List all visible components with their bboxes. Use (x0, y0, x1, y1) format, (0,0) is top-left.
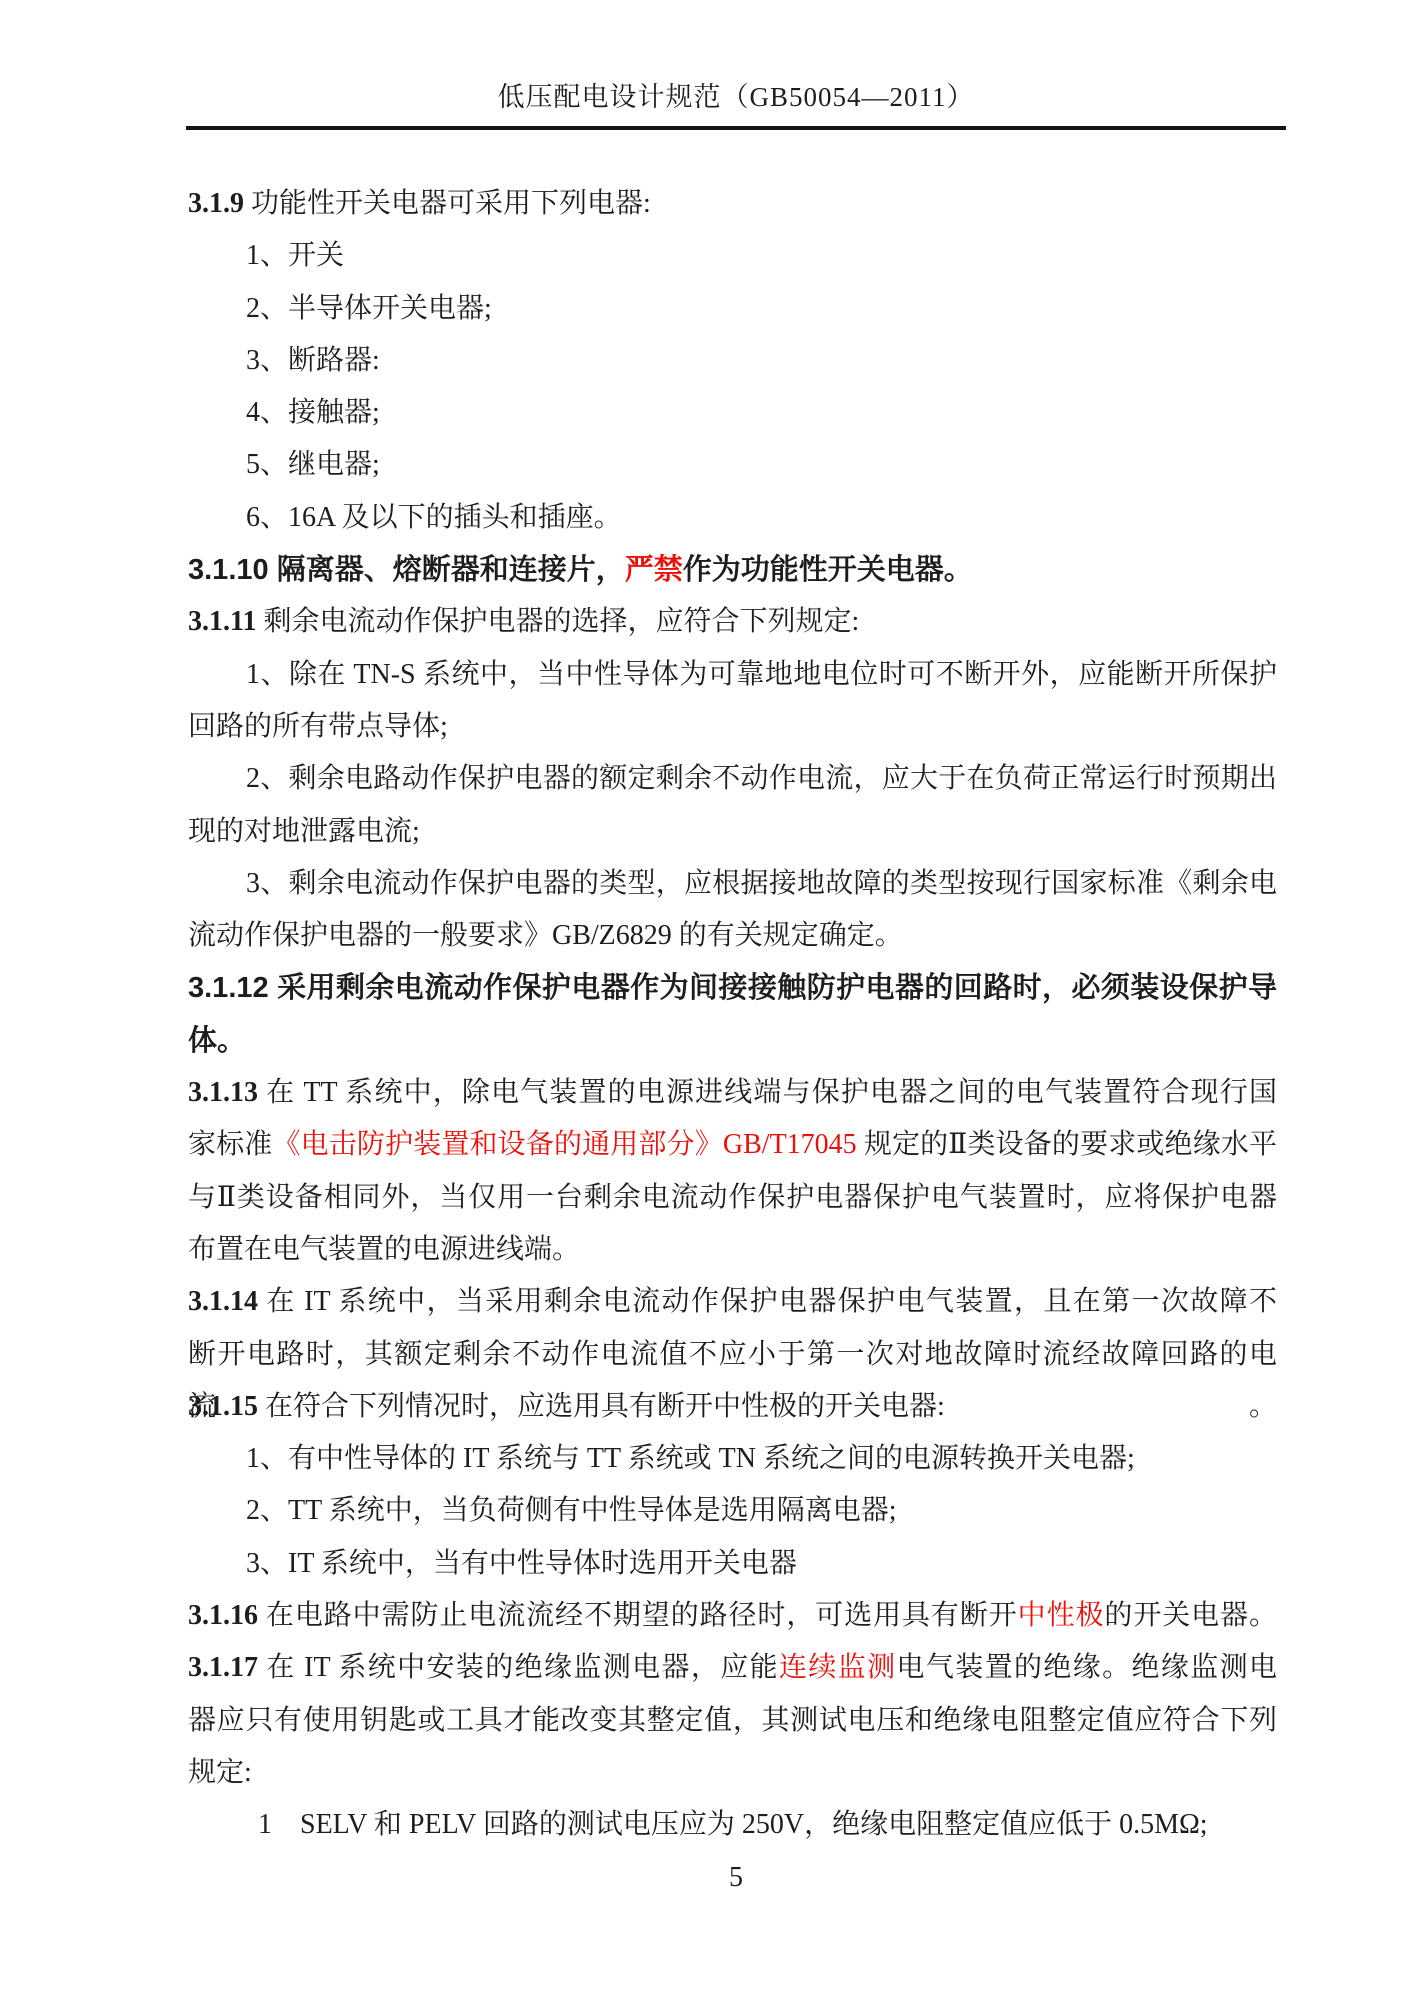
body-text: 3、IT 系统中，当有中性导体时选用开关电器 (246, 1548, 797, 1579)
text-line: 3.1.9 功能性开关电器可采用下列电器: (188, 178, 1277, 230)
bold-text: 3.1.12 (188, 972, 269, 1004)
body-text: 在符合下列情况时，应选用具有断开中性极的开关电器: (258, 1391, 945, 1422)
body-text: 6、16A 及以下的插头和插座。 (246, 502, 622, 533)
highlighted-text: 严禁 (625, 554, 683, 586)
body-text: 在 IT 系统中，当采用剩余电流动作保护电器保护电气装置，且在第一次故障不 (258, 1286, 1277, 1317)
body-text: 器应只有使用钥匙或工具才能改变其整定值，其测试电压和绝缘电阻整定值应符合下列 (188, 1705, 1277, 1736)
text-line: 3.1.16 在电路中需防止电流流经不期望的路径时，可选用具有断开中性极的开关电… (188, 1590, 1277, 1642)
text-line: 3.1.11 剩余电流动作保护电器的选择，应符合下列规定: (188, 596, 1277, 648)
provision-text-line: 3.1.10 隔离器、熔断器和连接片，严禁作为功能性开关电器。 (188, 544, 1277, 596)
text-line: 1、除在 TN-S 系统中，当中性导体为可靠地地电位时可不断开外，应能断开所保护 (188, 649, 1277, 701)
document-page: 低压配电设计规范（GB50054—2011） 3.1.9 功能性开关电器可采用下… (0, 0, 1414, 2000)
text-line: 1、有中性导体的 IT 系统与 TT 系统或 TN 系统之间的电源转换开关电器; (188, 1433, 1277, 1485)
body-text: 与Ⅱ类设备相同外，当仅用一台剩余电流动作保护电器保护电气装置时，应将保护电器 (188, 1182, 1277, 1213)
text-line: 3、断路器: (188, 335, 1277, 387)
body-text: 2、TT 系统中，当负荷侧有中性导体是选用隔离电器; (246, 1495, 896, 1526)
text-line: 5、继电器; (188, 439, 1277, 491)
body-text: 电气装置的绝缘。绝缘监测电 (897, 1652, 1277, 1683)
bold-text: 3.1.15 (188, 1391, 258, 1422)
document-body: 3.1.9 功能性开关电器可采用下列电器:1、开关2、半导体开关电器;3、断路器… (188, 178, 1277, 1852)
body-text: 规定的Ⅱ类设备的要求或绝缘水平 (857, 1129, 1277, 1160)
bold-text: 3.1.10 (188, 554, 269, 586)
body-text: 剩余电流动作保护电器的选择，应符合下列规定: (256, 606, 859, 637)
text-line: 现的对地泄露电流; (188, 806, 1277, 858)
bold-text: 3.1.13 (188, 1077, 258, 1108)
body-text: 3、断路器: (246, 345, 380, 376)
bold-text: 3.1.11 (188, 606, 256, 637)
body-text: 家标准 (188, 1129, 272, 1160)
body-text: 1、开关 (246, 240, 344, 271)
text-line: 布置在电气装置的电源进线端。 (188, 1224, 1277, 1276)
body-text: 1、除在 TN-S 系统中，当中性导体为可靠地地电位时可不断开外，应能断开所保护 (246, 659, 1277, 690)
highlighted-text: 《电击防护装置和设备的通用部分》GB/T17045 (272, 1129, 856, 1160)
text-line: 2、TT 系统中，当负荷侧有中性导体是选用隔离电器; (188, 1485, 1277, 1537)
bold-text: 3.1.16 (188, 1600, 258, 1631)
text-line: 2、剩余电路动作保护电器的额定剩余不动作电流，应大于在负荷正常运行时预期出 (188, 753, 1277, 805)
text-line: 流动作保护电器的一般要求》GB/Z6829 的有关规定确定。 (188, 910, 1277, 962)
bold-text: 3.1.9 (188, 188, 244, 219)
body-text: 1、有中性导体的 IT 系统与 TT 系统或 TN 系统之间的电源转换开关电器; (246, 1443, 1135, 1474)
body-text: 在 IT 系统中安装的绝缘监测电器，应能 (258, 1652, 779, 1683)
bold-text: 体。 (188, 1025, 246, 1057)
body-text: 的开关电器。 (1104, 1600, 1277, 1631)
text-line: 回路的所有带点导体; (188, 701, 1277, 753)
body-text: 布置在电气装置的电源进线端。 (188, 1234, 580, 1265)
bold-text: 3.1.14 (188, 1286, 258, 1317)
text-line: 断开电路时，其额定剩余不动作电流值不应小于第一次对地故障时流经故障回路的电流。 (188, 1329, 1277, 1381)
header-rule (186, 126, 1286, 130)
page-number: 5 (186, 1852, 1286, 1904)
highlighted-text: 中性极 (1018, 1600, 1105, 1631)
body-text: 2、半导体开关电器; (246, 293, 492, 324)
body-text: 功能性开关电器可采用下列电器: (244, 188, 651, 219)
text-line: 器应只有使用钥匙或工具才能改变其整定值，其测试电压和绝缘电阻整定值应符合下列 (188, 1695, 1277, 1747)
text-line: 与Ⅱ类设备相同外，当仅用一台剩余电流动作保护电器保护电气装置时，应将保护电器 (188, 1172, 1277, 1224)
text-line: 3、IT 系统中，当有中性导体时选用开关电器 (188, 1538, 1277, 1590)
provision-text-line: 3.1.12 采用剩余电流动作保护电器作为间接接触防护电器的回路时，必须装设保护… (188, 962, 1277, 1014)
text-line: 3.1.14 在 IT 系统中，当采用剩余电流动作保护电器保护电气装置，且在第一… (188, 1276, 1277, 1328)
text-line: 家标准《电击防护装置和设备的通用部分》GB/T17045 规定的Ⅱ类设备的要求或… (188, 1119, 1277, 1171)
bold-text: 3.1.17 (188, 1652, 258, 1683)
text-line: 3.1.13 在 TT 系统中，除电气装置的电源进线端与保护电器之间的电气装置符… (188, 1067, 1277, 1119)
body-text: 规定: (188, 1757, 252, 1788)
body-text: 5、继电器; (246, 449, 380, 480)
body-text: 3、剩余电流动作保护电器的类型，应根据接地故障的类型按现行国家标准《剩余电 (246, 868, 1277, 899)
body-text: 流动作保护电器的一般要求》GB/Z6829 的有关规定确定。 (188, 920, 903, 951)
bold-text: 隔离器、熔断器和连接片， (269, 554, 625, 586)
highlighted-text: 连续监测 (779, 1652, 897, 1683)
text-line: 3、剩余电流动作保护电器的类型，应根据接地故障的类型按现行国家标准《剩余电 (188, 858, 1277, 910)
text-line: 2、半导体开关电器; (188, 283, 1277, 335)
text-line: 1、开关 (188, 230, 1277, 282)
text-line: 规定: (188, 1747, 1277, 1799)
body-text: 2、剩余电路动作保护电器的额定剩余不动作电流，应大于在负荷正常运行时预期出 (246, 763, 1277, 794)
body-text: 回路的所有带点导体; (188, 711, 448, 742)
body-text: 在 TT 系统中，除电气装置的电源进线端与保护电器之间的电气装置符合现行国 (258, 1077, 1277, 1108)
body-text: 在电路中需防止电流流经不期望的路径时，可选用具有断开 (258, 1600, 1018, 1631)
text-line: 4、接触器; (188, 387, 1277, 439)
body-text: 1 SELV 和 PELV 回路的测试电压应为 250V，绝缘电阻整定值应低于 … (258, 1809, 1208, 1840)
provision-text-line: 体。 (188, 1015, 1277, 1067)
text-line: 1 SELV 和 PELV 回路的测试电压应为 250V，绝缘电阻整定值应低于 … (188, 1799, 1277, 1851)
text-line: 6、16A 及以下的插头和插座。 (188, 492, 1277, 544)
body-text: 现的对地泄露电流; (188, 816, 420, 847)
page-header-title: 低压配电设计规范（GB50054—2011） (186, 81, 1286, 113)
bold-text: 作为功能性开关电器。 (683, 554, 973, 586)
text-line: 3.1.17 在 IT 系统中安装的绝缘监测电器，应能连续监测电气装置的绝缘。绝… (188, 1642, 1277, 1694)
bold-text: 采用剩余电流动作保护电器作为间接接触防护电器的回路时，必须装设保护导 (269, 972, 1277, 1004)
body-text: 4、接触器; (246, 397, 380, 428)
